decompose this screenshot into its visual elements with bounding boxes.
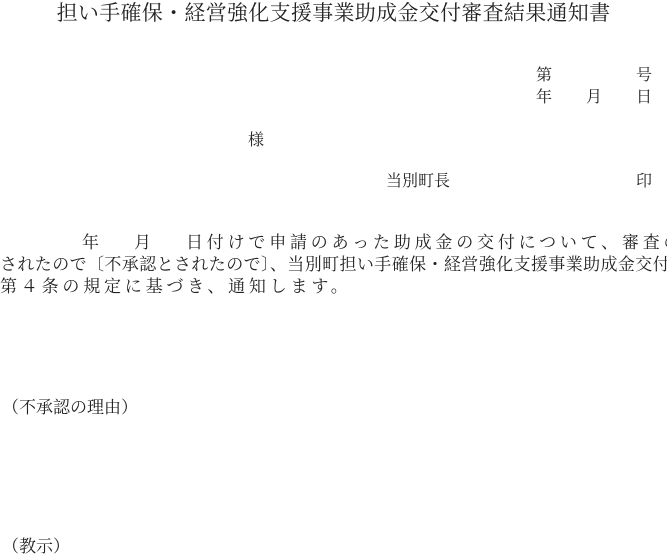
date-month: 月 — [586, 89, 602, 105]
seal-mark: 印 — [636, 173, 652, 189]
body-year: 年 — [82, 235, 99, 252]
document-title: 担い手確保・経営強化支援事業助成金交付審査結果通知書 — [0, 3, 667, 24]
date-year: 年 — [536, 89, 552, 105]
addressee-suffix: 様 — [248, 132, 264, 148]
issuer-name: 当別町長 — [386, 173, 450, 189]
body-line-1: 日付けで申請のあった助成金の交付について、審査の結果、承認 — [186, 235, 667, 252]
instruction-label: （教示） — [2, 539, 70, 556]
body-month: 月 — [134, 235, 151, 252]
number-suffix: 号 — [636, 67, 652, 83]
date-day: 日 — [636, 89, 652, 105]
rejection-reason-label: （不承認の理由） — [2, 400, 138, 417]
body-line-2: されたので〔不承認とされたので〕、当別町担い手確保・経営強化支援事業助成金交付規… — [0, 257, 667, 274]
body-line-3: 第４条の規定に基づき、通知します。 — [0, 279, 352, 296]
number-prefix: 第 — [536, 67, 552, 83]
